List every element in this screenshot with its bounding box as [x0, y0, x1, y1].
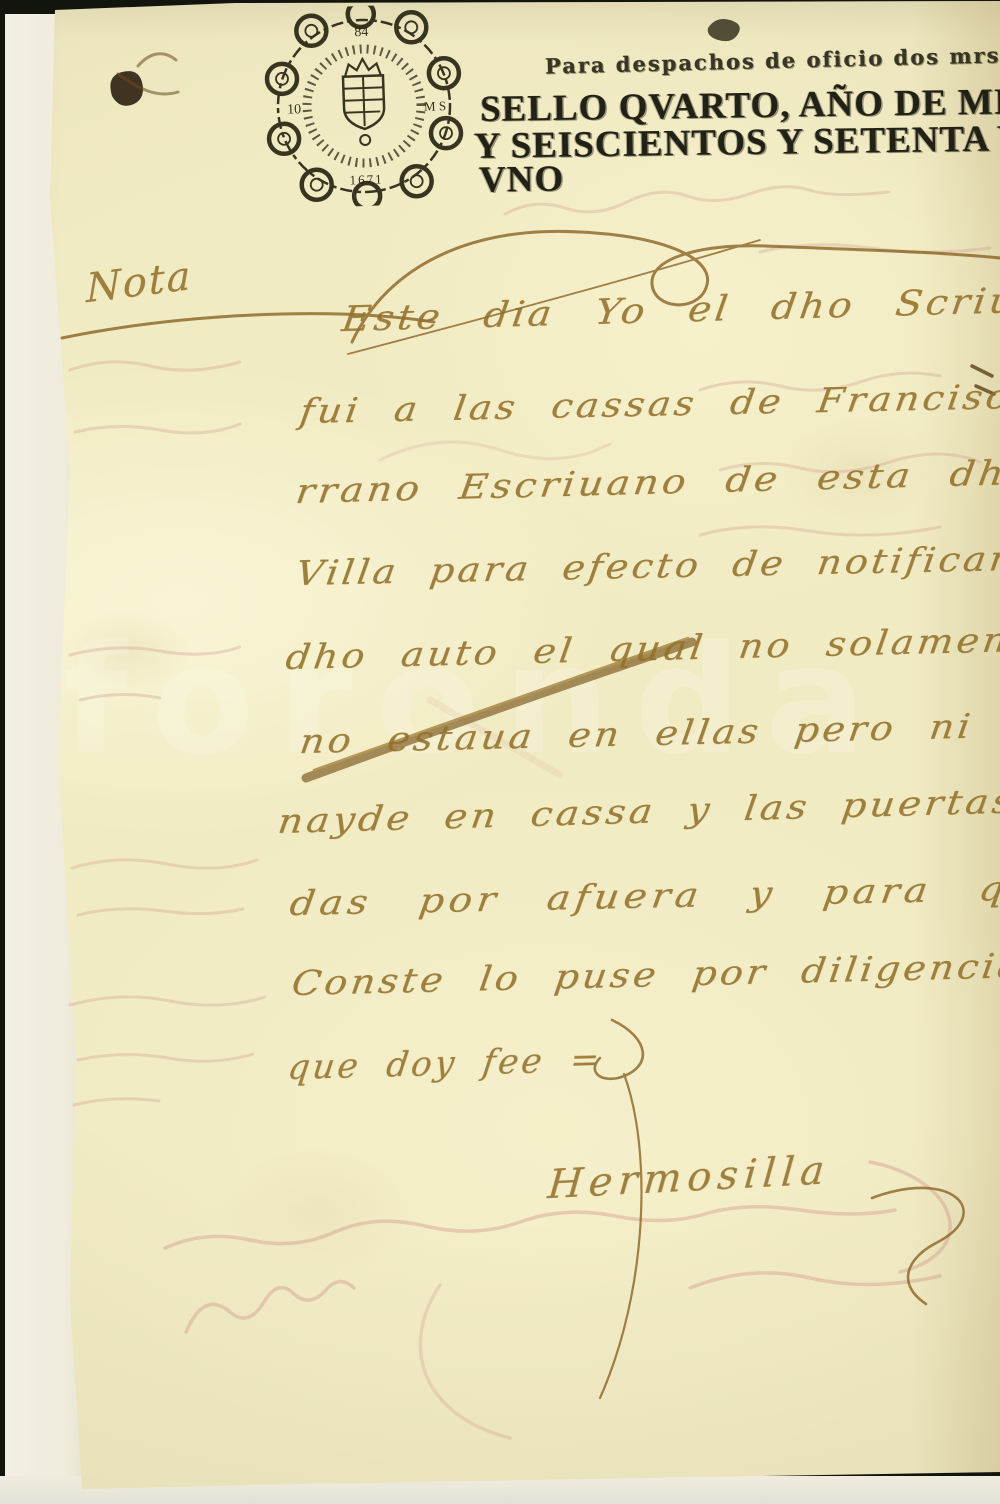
scanned-manuscript-page: { "stamp": { "header_line": "Para despac…	[0, 0, 1000, 1504]
manuscript-line: que doy fee =	[285, 1040, 604, 1088]
stamp-title-line-3: VNO	[479, 157, 565, 201]
